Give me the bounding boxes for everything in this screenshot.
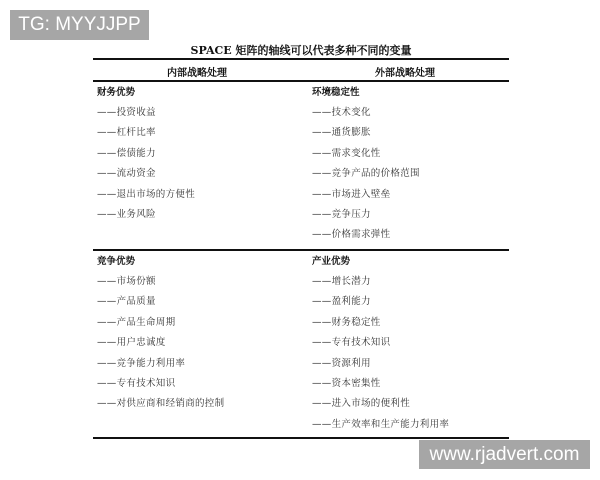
list-item: ——专有技术知识 xyxy=(97,374,224,394)
section-environmental-stability: 环境稳定性 ——技术变化 ——通货膨胀 ——需求变化性 ——竞争产品的价格范围 … xyxy=(312,82,420,246)
section-financial-strength: 财务优势 ——投资收益 ——杠杆比率 ——偿债能力 ——流动资金 ——退出市场的… xyxy=(97,82,195,225)
section-industry-strength: 产业优势 ——增长潜力 ——盈利能力 ——财务稳定性 ——专有技术知识 ——资源… xyxy=(312,251,449,435)
column-header-external: 外部战略处理 xyxy=(301,64,509,79)
list-item: ——增长潜力 xyxy=(312,272,449,292)
list-item: ——产品质量 xyxy=(97,292,224,312)
list-item: ——进入市场的便利性 xyxy=(312,394,449,414)
section-heading: 环境稳定性 xyxy=(312,82,420,103)
list-item: ——需求变化性 xyxy=(312,144,420,164)
list-item: ——通货膨胀 xyxy=(312,123,420,143)
list-item: ——业务风险 xyxy=(97,205,195,225)
list-item: ——竞争能力利用率 xyxy=(97,354,224,374)
list-item: ——产品生命周期 xyxy=(97,313,224,333)
list-item: ——盈利能力 xyxy=(312,292,449,312)
list-item: ——杠杆比率 xyxy=(97,123,195,143)
table-top-rule xyxy=(93,58,509,60)
list-item: ——用户忠诚度 xyxy=(97,333,224,353)
list-item: ——专有技术知识 xyxy=(312,333,449,353)
list-item: ——技术变化 xyxy=(312,103,420,123)
table-bottom-rule xyxy=(93,437,509,439)
list-item: ——对供应商和经销商的控制 xyxy=(97,394,224,414)
list-item: ——投资收益 xyxy=(97,103,195,123)
list-item: ——生产效率和生产能力利用率 xyxy=(312,415,449,435)
list-item: ——市场进入壁垒 xyxy=(312,185,420,205)
list-item: ——退出市场的方便性 xyxy=(97,185,195,205)
section-heading: 财务优势 xyxy=(97,82,195,103)
section-competitive-advantage: 竞争优势 ——市场份额 ——产品质量 ——产品生命周期 ——用户忠诚度 ——竞争… xyxy=(97,251,224,415)
list-item: ——竞争产品的价格范围 xyxy=(312,164,420,184)
list-item: ——竞争压力 xyxy=(312,205,420,225)
section-heading: 竞争优势 xyxy=(97,251,224,272)
section-heading: 产业优势 xyxy=(312,251,449,272)
table-title: SPACE 矩阵的轴线可以代表多种不同的变量 xyxy=(93,42,509,58)
column-header-internal: 内部战略处理 xyxy=(93,64,301,79)
watermark-top-left: TG: MYYJJPP xyxy=(10,10,149,40)
list-item: ——价格需求弹性 xyxy=(312,225,420,245)
watermark-bottom-right: www.rjadvert.com xyxy=(419,440,590,469)
list-item: ——流动资金 xyxy=(97,164,195,184)
list-item: ——资源利用 xyxy=(312,354,449,374)
list-item: ——财务稳定性 xyxy=(312,313,449,333)
list-item: ——偿债能力 xyxy=(97,144,195,164)
list-item: ——资本密集性 xyxy=(312,374,449,394)
list-item: ——市场份额 xyxy=(97,272,224,292)
